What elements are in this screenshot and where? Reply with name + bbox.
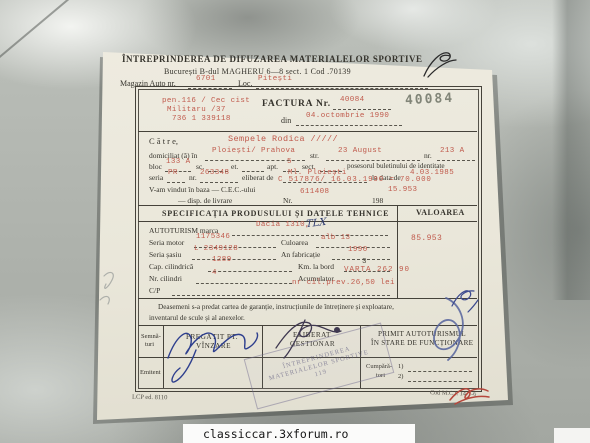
seria-value: PR: [168, 169, 178, 177]
livrare-nr-value: 611408: [300, 188, 329, 196]
acumulator-value: VARTA 262 90: [344, 266, 410, 274]
footer-left: LCP ed. 8110: [132, 394, 168, 402]
semnaturi-header-l1: Semnă-: [141, 333, 161, 340]
org-name: ÎNTREPRINDEREA DE DIFUZAREA MATERIALELOR…: [122, 54, 423, 64]
garantie-line-2: inventarul de scule și al anexelor.: [149, 314, 245, 322]
blank-line: [326, 159, 420, 161]
marca-value: Dacia 1310,: [256, 221, 310, 229]
sig-table-top-line: [138, 325, 477, 326]
str-label: str.: [310, 151, 319, 160]
km-value: 3: [362, 258, 367, 266]
blank-line: [172, 294, 390, 296]
apt-value: 5: [287, 158, 292, 166]
corner-white-patch: [554, 428, 590, 443]
motor-value: 1175346: [196, 233, 230, 241]
watermark-text: classiccar.3xforum.ro: [203, 427, 348, 441]
culoare-value: alb 13: [321, 234, 350, 242]
ref-line-2: Militaru /37: [167, 106, 226, 114]
invoice-title: FACTURA Nr.: [262, 99, 331, 109]
blank-line: [242, 170, 264, 172]
str-value: 23 August: [338, 147, 382, 155]
table-top-line: [138, 205, 477, 206]
blank-line: [408, 370, 472, 372]
blank-line: [208, 270, 292, 272]
blank-line: [196, 282, 292, 284]
valoare-column-divider: [397, 205, 398, 298]
tile-shade-band: [552, 0, 590, 300]
photo-of-invoice: ÎNTREPRINDEREA DE DIFUZAREA MATERIALELOR…: [0, 0, 590, 443]
tile-grout-line: [0, 0, 76, 65]
cilindri-value: 4: [212, 269, 217, 277]
blank-line: [200, 181, 238, 183]
emitent-label: Emitent: [140, 369, 161, 376]
stamp-line-3: 119: [314, 368, 328, 379]
semnaturi-header-l2: turi: [145, 341, 154, 348]
eliberat-label: eliberat de: [242, 173, 273, 182]
capacitate-label: Cap. cilindrică: [149, 262, 193, 271]
livrare-suma: 15.953: [388, 186, 417, 194]
blank-line: [437, 159, 475, 161]
nr-value: 213 A: [440, 147, 465, 155]
catre-value: Sempele Rodica /////: [228, 134, 338, 144]
cumparator-item-1: 1): [398, 363, 403, 370]
blank-line: [167, 181, 185, 183]
cec-value: C 517876/ 16.03.1990 = 70.000: [278, 176, 432, 184]
garantie-line-1: Deasemeni s-a predat cartea de garanție,…: [158, 303, 394, 311]
ref-line-3: 736 1 339118: [172, 115, 231, 123]
divider-line: [138, 131, 477, 132]
et-label: et.: [231, 162, 238, 171]
magazin-number-value: 6701: [196, 75, 216, 83]
culoare-label: Culoarea: [281, 238, 308, 247]
valoare-header: VALOAREA: [416, 208, 465, 217]
ref-line-1: pen.116 / Cec cist: [162, 97, 250, 105]
bloc-label: bloc: [149, 162, 162, 171]
motor-label: Seria motor: [149, 238, 184, 247]
cumparator-item-2: 2): [398, 373, 403, 380]
nr-label: nr.: [424, 151, 432, 160]
date-label: din: [281, 116, 291, 125]
blank-line: [408, 380, 472, 382]
sasiu-label: Seria șasiu: [149, 250, 181, 259]
table-bottom-line: [138, 298, 477, 299]
valoare-value: 85.953: [411, 234, 442, 243]
capacitate-value: 1289: [212, 256, 232, 264]
spec-header: SPECIFICAȚIA PRODUSULUI ȘI DATELE TEHNIC…: [162, 209, 389, 218]
fabricatie-value: 1990: [348, 246, 368, 254]
cp-label: C/P: [149, 286, 160, 295]
primit-header-l1: PRIMIT AUTOTURISMUL: [378, 330, 466, 338]
blank-line: [333, 108, 391, 110]
invoice-number-stamped: 40084: [405, 91, 455, 109]
seria-label: seria: [149, 173, 163, 182]
domiciliat-value: Ploiești/ Prahova: [212, 147, 295, 155]
nota-red: nr cil.prev.26,50 lei: [292, 279, 395, 287]
livrare-nr-label: Nr.: [283, 196, 292, 205]
cec-label: V-am vindut în baza — C.E.C.-ului: [149, 185, 255, 194]
invoice-number-typed: 40084: [340, 96, 365, 104]
blank-line: [192, 258, 276, 260]
nr-buletin-label: nr.: [189, 173, 197, 182]
bloc-value: 133 A: [166, 158, 191, 166]
pregatit-header-l2: VÎNZARE: [196, 342, 231, 350]
livrare-label: — disp. de livrare: [178, 196, 232, 205]
cilindri-label: Nr. cilindri: [149, 274, 182, 283]
catre-label: C ă t r e,: [149, 136, 178, 146]
loc-value: Pitești: [258, 75, 292, 83]
km-label: Km. la bord: [298, 262, 334, 271]
watermark-bar: classiccar.3xforum.ro: [183, 424, 415, 443]
fabricatie-label: An fabricație: [281, 250, 320, 259]
apt-label: apt.: [267, 162, 278, 171]
date-value: 04.octombrie 1990: [306, 112, 389, 120]
blank-line: [296, 124, 402, 126]
blank-line: [232, 234, 388, 236]
an-label: 198: [372, 196, 383, 205]
pregatit-header-l1: PREGĂTIT PT.: [186, 333, 238, 341]
blank-line: [332, 258, 390, 260]
sasiu-value: L 2349128: [194, 245, 238, 253]
nr-buletin-value: 263348: [200, 169, 229, 177]
